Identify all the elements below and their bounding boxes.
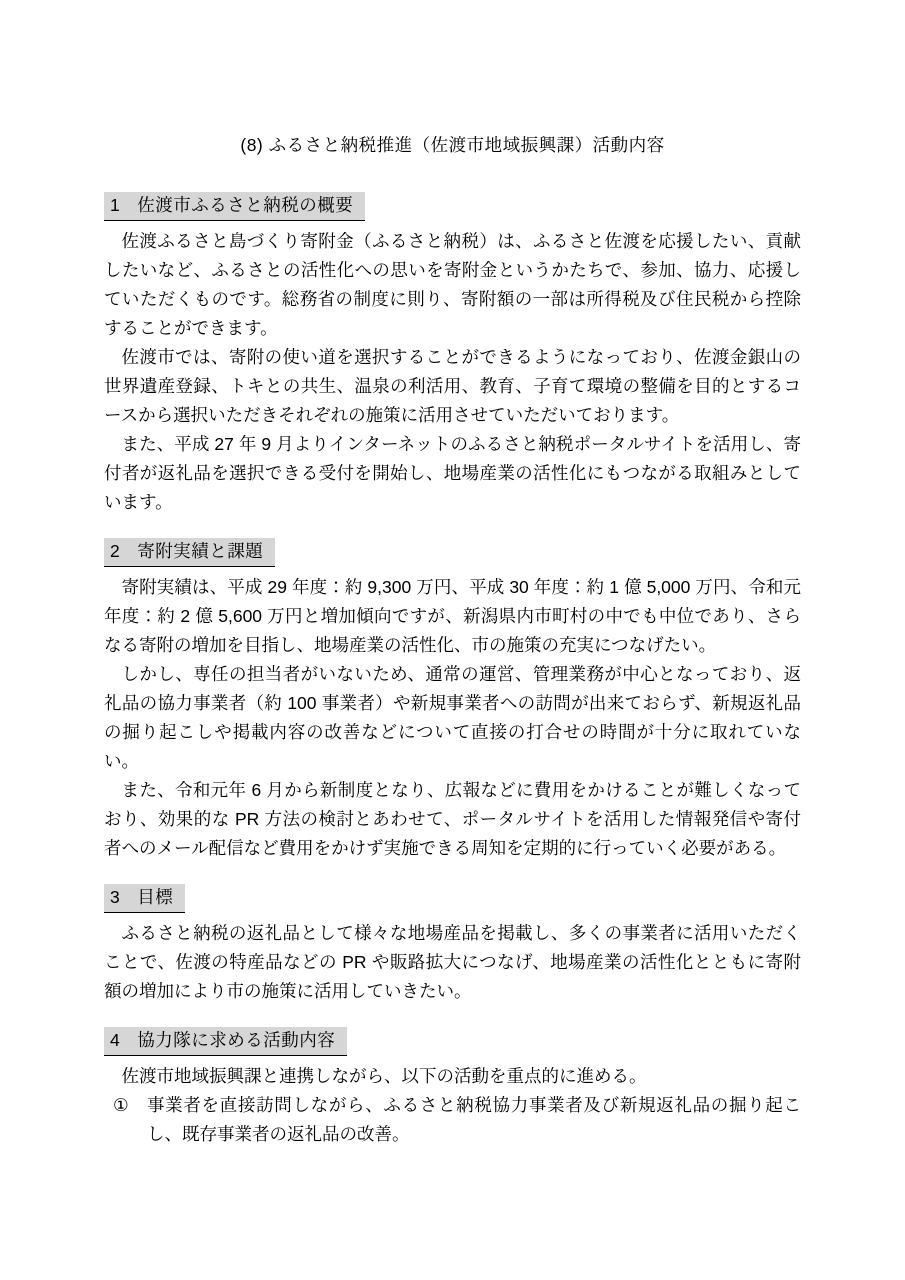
- section-4-heading-text: 協力隊に求める活動内容: [137, 1030, 335, 1050]
- numbered-list-item-1: ① 事業者を直接訪問しながら、ふるさと納税協力事業者及び新規返礼品の掘り起こし、…: [104, 1091, 801, 1149]
- section-2-paragraph-2: しかし、専任の担当者がいないため、通常の運営、管理業務が中心となっており、返礼品…: [104, 660, 801, 776]
- section-goals: 3目標 ふるさと納税の返礼品として様々な地場産品を掲載し、多くの事業者に活用いた…: [104, 883, 801, 1006]
- section-1-heading: 1佐渡市ふるさと納税の概要: [104, 192, 365, 221]
- section-4-number: 4: [110, 1027, 120, 1054]
- section-3-paragraph-1: ふるさと納税の返礼品として様々な地場産品を掲載し、多くの事業者に活用いただくこと…: [104, 919, 801, 1006]
- section-3-heading: 3目標: [104, 884, 185, 913]
- document-title: (8) ふるさと納税推進（佐渡市地域振興課）活動内容: [104, 131, 801, 160]
- section-1-paragraph-3: また、平成 27 年 9 月よりインターネットのふるさと納税ポータルサイトを活用…: [104, 430, 801, 517]
- section-4-heading: 4協力隊に求める活動内容: [104, 1027, 347, 1056]
- section-1-paragraph-1: 佐渡ふるさと島づくり寄附金（ふるさと納税）は、ふるさと佐渡を応援したい、貢献した…: [104, 227, 801, 343]
- section-requested-activities: 4協力隊に求める活動内容 佐渡市地域振興課と連携しながら、以下の活動を重点的に進…: [104, 1026, 801, 1149]
- section-2-paragraph-1: 寄附実績は、平成 29 年度：約 9,300 万円、平成 30 年度：約 1 億…: [104, 573, 801, 660]
- section-1-paragraph-2: 佐渡市では、寄附の使い道を選択することができるようになっており、佐渡金銀山の世界…: [104, 343, 801, 430]
- section-1-number: 1: [110, 192, 120, 219]
- section-2-heading-text: 寄附実績と課題: [137, 541, 263, 561]
- section-4-paragraph-1: 佐渡市地域振興課と連携しながら、以下の活動を重点的に進める。: [104, 1062, 801, 1091]
- section-2-heading: 2寄附実績と課題: [104, 538, 275, 567]
- section-3-number: 3: [110, 884, 120, 911]
- numbered-list-item-1-text: 事業者を直接訪問しながら、ふるさと納税協力事業者及び新規返礼品の掘り起こし、既存…: [147, 1091, 801, 1149]
- section-donation-results-and-issues: 2寄附実績と課題 寄附実績は、平成 29 年度：約 9,300 万円、平成 30…: [104, 537, 801, 863]
- section-3-heading-text: 目標: [137, 887, 173, 907]
- circled-one-marker: ①: [113, 1091, 137, 1149]
- section-2-number: 2: [110, 538, 120, 565]
- document-page: (8) ふるさと納税推進（佐渡市地域振興課）活動内容 1佐渡市ふるさと納税の概要…: [0, 0, 905, 1280]
- section-1-heading-text: 佐渡市ふるさと納税の概要: [137, 195, 353, 215]
- section-sado-furusato-tax-overview: 1佐渡市ふるさと納税の概要 佐渡ふるさと島づくり寄附金（ふるさと納税）は、ふるさ…: [104, 191, 801, 517]
- section-2-paragraph-3: また、令和元年 6 月から新制度となり、広報などに費用をかけることが難しくなって…: [104, 776, 801, 863]
